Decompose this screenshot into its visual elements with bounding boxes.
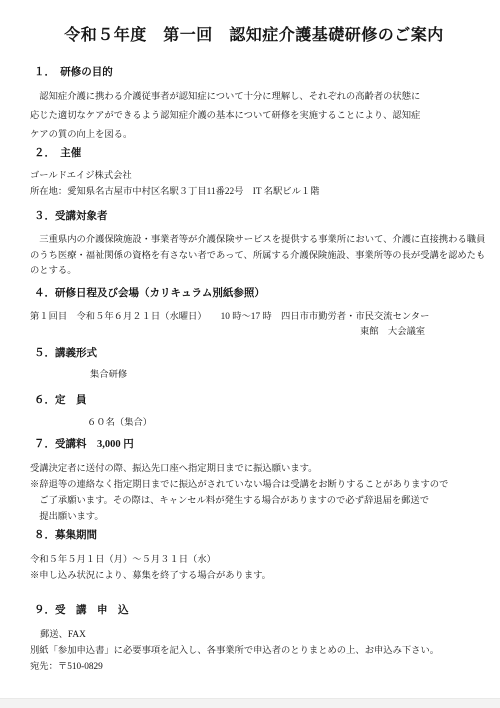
section-period-heading: ８．募集期間 (30, 529, 478, 543)
section-schedule-heading: ４．研修日程及び会場（カリキュラム別紙参照） (30, 287, 478, 301)
section-application: ９．受 講 申 込 郵送、FAX 別紙「参加申込書」に必要事項を記入し、各事業所… (30, 604, 478, 676)
schedule-session-line: 第１回目 令和５年６月２１日（水曜日） 10 時～17 時 四日市市勤労者・市民… (30, 310, 478, 325)
section-purpose-heading: １． 研修の目的 (30, 66, 478, 80)
section-organizer: ２． 主催 ゴールドエイジ株式会社所在地：愛知県名古屋市中村区名駅３丁目11番2… (30, 147, 478, 200)
text-line: ご了承願います。その際は、キャンセル料が発生する場合がありますので必ず辞退届を郵… (30, 493, 478, 509)
text-line: 令和５年５月１日（月）～５月３１日（水） (30, 552, 478, 568)
section-capacity-heading: ６．定 員 (30, 394, 478, 408)
text-line: ※申し込み状況により、募集を終了する場合があります。 (30, 568, 478, 584)
text-line: のうち医療・福祉関係の資格を有さない者であって、所属する介護保険施設、事業所等の… (30, 249, 478, 265)
section-format-value: 集合研修 (30, 368, 478, 384)
text-line: 受講決定者に送付の際、振込先口座へ指定期日までに振込願います。 (30, 461, 478, 477)
section-fee-heading: ７．受講料 3,000 円 (30, 438, 478, 452)
text-line: 応じた適切なケアができるよう認知症介護の基本について研修を実施することにより、認… (30, 107, 478, 126)
section-schedule: ４．研修日程及び会場（カリキュラム別紙参照） 第１回目 令和５年６月２１日（水曜… (30, 287, 478, 340)
section-fee: ７．受講料 3,000 円 受講決定者に送付の際、振込先口座へ指定期日までに振込… (30, 438, 478, 525)
text-line: 別紙「参加申込書」に必要事項を記入し、各事業所で申込者のとりまとめの上、お申込み… (30, 643, 478, 660)
text-line: 三重県内の介護保険施設・事業者等が介護保険サービスを提供する事業所において、介護… (30, 233, 478, 249)
section-application-heading: ９．受 講 申 込 (30, 604, 478, 618)
text-line: ※辞退等の連絡なく指定期日までに振込がされていない場合は受講をお断りすることがあ… (30, 477, 478, 493)
section-purpose: １． 研修の目的 認知症介護に携わる介護従事者が認知症について十分に理解し、それ… (30, 66, 478, 145)
document-page: 令和５年度 第一回 認知症介護基礎研修のご案内 １． 研修の目的 認知症介護に携… (0, 0, 500, 708)
section-organizer-heading: ２． 主催 (30, 147, 478, 161)
page-bottom-edge (0, 698, 500, 708)
section-purpose-body: 認知症介護に携わる介護従事者が認知症について十分に理解し、それぞれの高齢者の状態… (30, 88, 478, 145)
section-capacity: ６．定 員 ６０名（集合） (30, 394, 478, 432)
text-line: のとする。 (30, 264, 478, 280)
section-period: ８．募集期間 令和５年５月１日（月）～５月３１日（水）※申し込み状況により、募集… (30, 529, 478, 584)
section-schedule-body: 第１回目 令和５年６月２１日（水曜日） 10 時～17 時 四日市市勤労者・市民… (30, 310, 478, 340)
page-title: 令和５年度 第一回 認知症介護基礎研修のご案内 (30, 24, 478, 48)
section-application-body: 別紙「参加申込書」に必要事項を記入し、各事業所で申込者のとりまとめの上、お申込み… (30, 643, 478, 676)
application-method: 郵送、FAX (30, 627, 478, 643)
text-line: 認知症介護に携わる介護従事者が認知症について十分に理解し、それぞれの高齢者の状態… (30, 88, 478, 107)
section-format: ５．講義形式 集合研修 (30, 347, 478, 384)
section-organizer-body: ゴールドエイジ株式会社所在地：愛知県名古屋市中村区名駅３丁目11番22号 IT … (30, 169, 478, 200)
section-eligibility: ３．受講対象者 三重県内の介護保険施設・事業者等が介護保険サービスを提供する事業… (30, 210, 478, 280)
section-period-body: 令和５年５月１日（月）～５月３１日（水）※申し込み状況により、募集を終了する場合… (30, 552, 478, 584)
text-line: 宛先：〒510-0829 (30, 659, 478, 676)
section-capacity-value: ６０名（集合） (30, 416, 478, 432)
section-format-heading: ５．講義形式 (30, 347, 478, 361)
section-eligibility-heading: ３．受講対象者 (30, 210, 478, 224)
section-fee-body: 受講決定者に送付の際、振込先口座へ指定期日までに振込願います。※辞退等の連絡なく… (30, 461, 478, 525)
schedule-venue-room: 東館 大会議室 (30, 325, 478, 340)
text-line: 提出願います。 (30, 509, 478, 525)
section-eligibility-body: 三重県内の介護保険施設・事業者等が介護保険サービスを提供する事業所において、介護… (30, 233, 478, 280)
text-line: 所在地：愛知県名古屋市中村区名駅３丁目11番22号 IT 名駅ビル１階 (30, 185, 478, 201)
text-line: ゴールドエイジ株式会社 (30, 169, 478, 185)
text-line: ケアの質の向上を図る。 (30, 126, 478, 145)
